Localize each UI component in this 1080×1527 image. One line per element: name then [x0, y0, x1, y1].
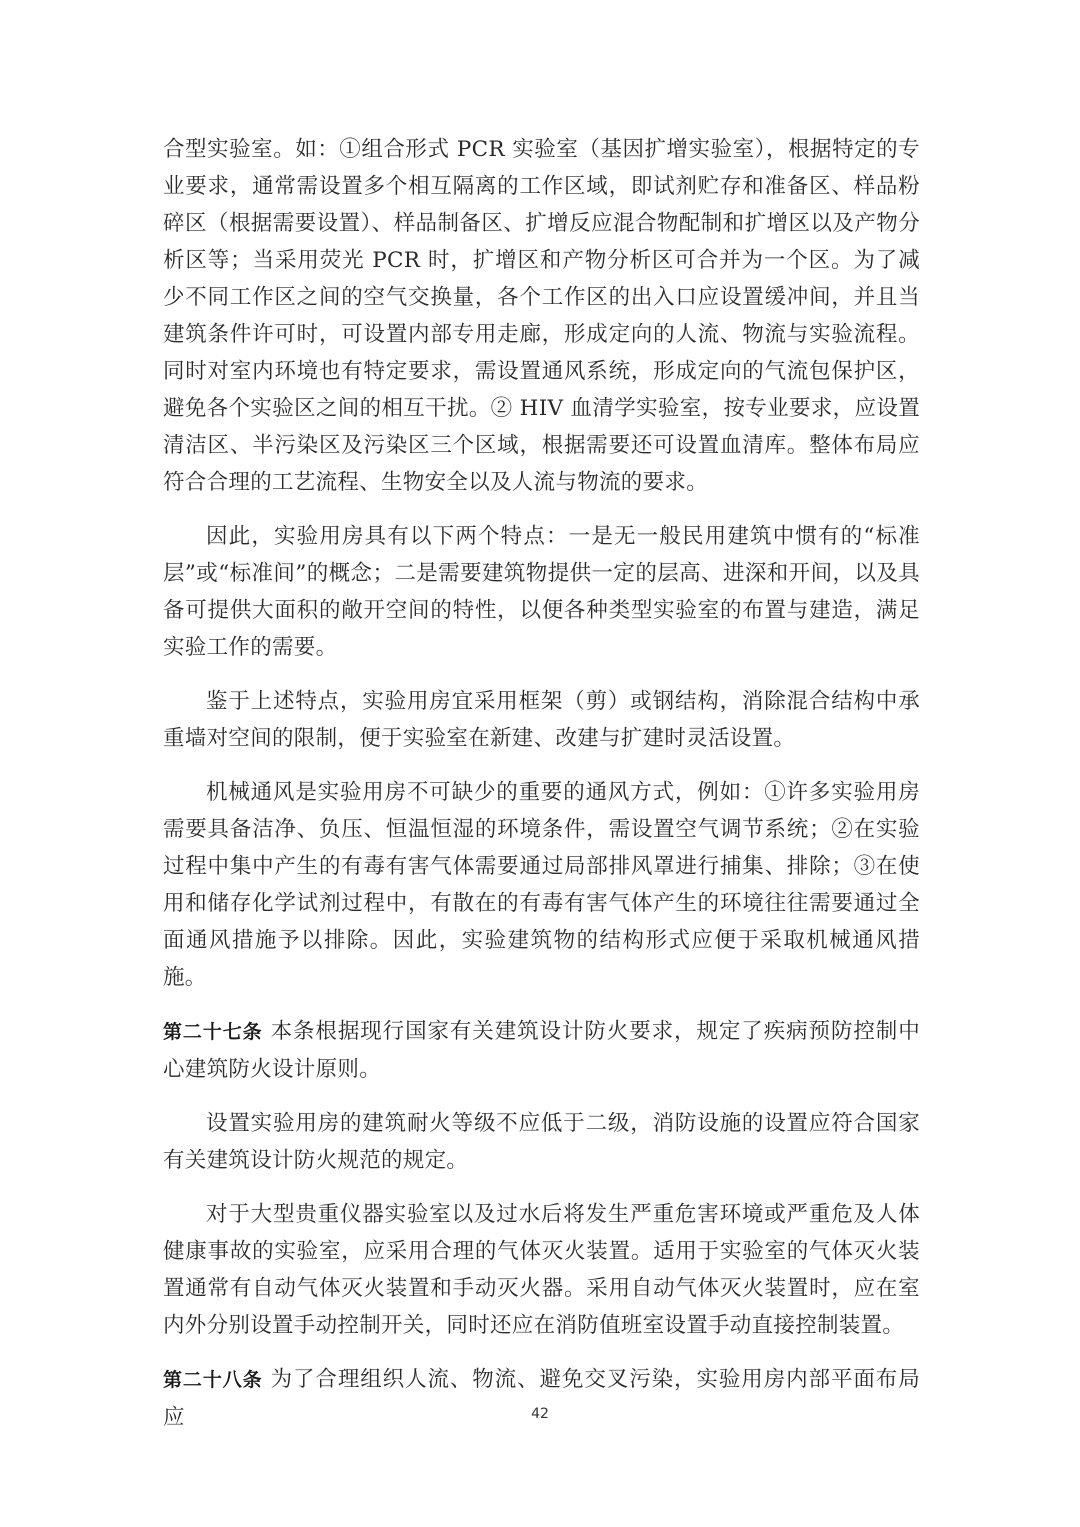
paragraph-lab-characteristics: 因此，实验用房具有以下两个特点：一是无一般民用建筑中惯有的“标准层”或“标准间”… — [163, 518, 920, 666]
paragraph-gas-extinguishing: 对于大型贵重仪器实验室以及过水后将发生严重危害环境或严重危及人体健康事故的实验室… — [163, 1196, 920, 1344]
body-text: 合型实验室。如：①组合形式 PCR 实验室（基因扩增实验室），根据特定的专业要求… — [163, 131, 920, 1453]
document-page: 合型实验室。如：①组合形式 PCR 实验室（基因扩增实验室），根据特定的专业要求… — [0, 0, 1080, 1527]
paragraph-text: 设置实验用房的建筑耐火等级不应低于二级，消防设施的设置应符合国家有关建筑设计防火… — [163, 1111, 920, 1173]
paragraph-text: 对于大型贵重仪器实验室以及过水后将发生严重危害环境或严重危及人体健康事故的实验室… — [163, 1202, 920, 1338]
paragraph-text: 合型实验室。如：①组合形式 PCR 实验室（基因扩增实验室），根据特定的专业要求… — [163, 137, 920, 495]
paragraph-text: 本条根据现行国家有关建筑设计防火要求，规定了疾病预防控制中心建筑防火设计原则。 — [163, 1019, 920, 1082]
paragraph-ventilation: 机械通风是实验用房不可缺少的重要的通风方式，例如：①许多实验用房需要具备洁净、负… — [163, 774, 920, 996]
article-heading: 第二十八条 — [163, 1369, 263, 1391]
paragraph-text: 机械通风是实验用房不可缺少的重要的通风方式，例如：①许多实验用房需要具备洁净、负… — [163, 780, 920, 990]
paragraph-lab-layout: 合型实验室。如：①组合形式 PCR 实验室（基因扩增实验室），根据特定的专业要求… — [163, 131, 920, 501]
paragraph-text: 鉴于上述特点，实验用房宜采用框架（剪）或钢结构，消除混合结构中承重墙对空间的限制… — [163, 689, 920, 751]
paragraph-structure: 鉴于上述特点，实验用房宜采用框架（剪）或钢结构，消除混合结构中承重墙对空间的限制… — [163, 683, 920, 757]
paragraph-article-27: 第二十七条本条根据现行国家有关建筑设计防火要求，规定了疾病预防控制中心建筑防火设… — [163, 1013, 920, 1088]
paragraph-fire-rating: 设置实验用房的建筑耐火等级不应低于二级，消防设施的设置应符合国家有关建筑设计防火… — [163, 1105, 920, 1179]
page-number: 42 — [0, 1406, 1080, 1422]
paragraph-text: 因此，实验用房具有以下两个特点：一是无一般民用建筑中惯有的“标准层”或“标准间”… — [163, 524, 920, 660]
article-heading: 第二十七条 — [163, 1021, 263, 1043]
paragraph-article-28: 第二十八条为了合理组织人流、物流、避免交叉污染，实验用房内部平面布局应 — [163, 1361, 920, 1436]
